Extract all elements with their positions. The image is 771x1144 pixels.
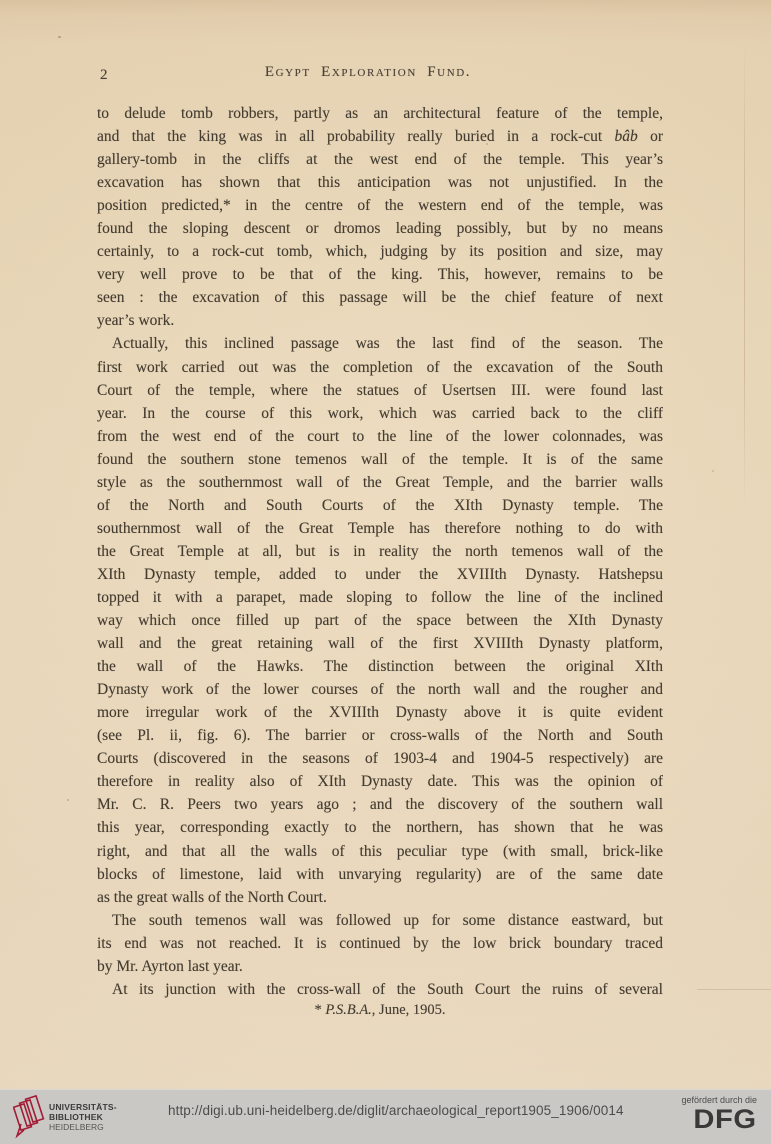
university-library-logo-icon [13,1094,47,1139]
text-segment: position predicted,* in the centre of th… [97,197,663,214]
text-line: more irregular work of the XVIIIth Dynas… [97,701,663,724]
text-line: to delude tomb robbers, partly as an arc… [97,102,663,125]
text-segment: Mr. C. R. Peers two years ago ; and the … [97,796,663,813]
text-segment: XIth Dynasty temple, added to under the … [97,566,663,583]
text-line: position predicted,* in the centre of th… [97,194,663,217]
library-name-line2: BIBLIOTHEK [49,1112,117,1122]
text-segment: the wall of the Hawks. The distinction b… [97,658,663,675]
text-line: gallery-tomb in the cliffs at the west e… [97,148,663,171]
paper-speck [712,470,714,472]
dfg-logo: DFG [675,1106,757,1133]
text-line: certainly, to a rock-cut tomb, which, ju… [97,240,663,263]
text-segment: first work carried out was the completio… [97,359,663,376]
paragraph: to delude tomb robbers, partly as an arc… [97,102,663,332]
text-line: therefore in reality also of XIth Dynast… [97,770,663,793]
library-name-line3: HEIDELBERG [49,1122,117,1132]
text-line: excavation has shown that this anticipat… [97,171,663,194]
text-segment: * [314,1002,325,1018]
text-segment: The south temenos wall was followed up f… [112,912,663,929]
text-block: to delude tomb robbers, partly as an arc… [97,102,663,1001]
text-segment: Dynasty work of the lower courses of the… [97,681,663,698]
text-line: Mr. C. R. Peers two years ago ; and the … [97,793,663,816]
text-line: this year, corresponding exactly to the … [97,816,663,839]
text-segment: or [638,128,663,145]
text-segment: as the great walls of the North Court. [97,889,327,906]
paragraph: At its junction with the cross-wall of t… [97,978,663,1001]
text-line: The south temenos wall was followed up f… [97,909,663,932]
text-line: blocks of limestone, laid with unvarying… [97,863,663,886]
running-header: Egypt Exploration Fund. [97,64,663,81]
text-line: very well prove to be that of the king. … [97,263,663,286]
text-segment: bâb [615,128,638,145]
text-segment: this year, corresponding exactly to the … [97,819,663,836]
text-line: year. In the course of this work, which … [97,402,663,425]
text-line: Courts (discovered in the seasons of 190… [97,747,663,770]
text-segment: year. In the course of this work, which … [97,405,663,422]
paper-speck [58,36,61,38]
footer-bar: UNIVERSITÄTS- BIBLIOTHEK HEIDELBERG http… [0,1089,771,1144]
text-segment: wall and the great retaining wall of the… [97,635,663,652]
text-segment: At its junction with the cross-wall of t… [112,981,663,998]
paper-speck [67,799,69,801]
paper-speck [486,143,488,145]
text-line: Dynasty work of the lower courses of the… [97,678,663,701]
text-line: year’s work. [97,309,663,332]
text-segment: and that the king was in all probability… [97,128,615,145]
text-line: style as the southernmost wall of the Gr… [97,471,663,494]
text-segment: Courts (discovered in the seasons of 190… [97,750,663,767]
text-segment: found the sloping descent or dromos lead… [97,220,663,237]
text-segment: southernmost wall of the Great Temple ha… [97,520,663,537]
text-segment: Court of the temple, where the statues o… [97,382,663,399]
text-line: (see Pl. ii, fig. 6). The barrier or cro… [97,724,663,747]
library-name: UNIVERSITÄTS- BIBLIOTHEK HEIDELBERG [49,1102,117,1132]
text-segment: (see Pl. ii, fig. 6). The barrier or cro… [97,727,663,744]
text-line: At its junction with the cross-wall of t… [97,978,663,1001]
paper-crease [744,40,745,510]
paragraph: The south temenos wall was followed up f… [97,909,663,978]
text-segment: its end was not reached. It is continued… [97,935,663,952]
text-segment: , June, 1905. [372,1002,446,1018]
text-line: and that the king was in all probability… [97,125,663,148]
text-segment: the Great Temple at all, but is in reali… [97,543,663,560]
text-segment: very well prove to be that of the king. … [97,266,663,283]
text-line: of the North and South Courts of the XIt… [97,494,663,517]
text-segment: found the southern stone temenos wall of… [97,451,663,468]
text-line: Court of the temple, where the statues o… [97,379,663,402]
text-segment: therefore in reality also of XIth Dynast… [97,773,663,790]
text-segment: Actually, this inclined passage was the … [112,335,663,352]
library-name-line1: UNIVERSITÄTS- [49,1102,117,1112]
text-line: seen : the excavation of this passage wi… [97,286,663,309]
text-segment: topped it with a parapet, made sloping t… [97,589,663,606]
text-line: Actually, this inclined passage was the … [97,332,663,355]
text-line: southernmost wall of the Great Temple ha… [97,517,663,540]
text-line: its end was not reached. It is continued… [97,932,663,955]
text-segment: more irregular work of the XVIIIth Dynas… [97,704,663,721]
text-line: way which once filled up part of the spa… [97,609,663,632]
text-segment: excavation has shown that this anticipat… [97,174,663,191]
text-line: found the sloping descent or dromos lead… [97,217,663,240]
text-line: first work carried out was the completio… [97,356,663,379]
text-line: topped it with a parapet, made sloping t… [97,586,663,609]
text-line: XIth Dynasty temple, added to under the … [97,563,663,586]
document-url: http://digi.ub.uni-heidelberg.de/diglit/… [168,1103,624,1118]
text-line: the wall of the Hawks. The distinction b… [97,655,663,678]
text-segment: by Mr. Ayrton last year. [97,958,243,975]
page-header: 2 Egypt Exploration Fund. [97,64,663,88]
text-segment: certainly, to a rock-cut tomb, which, ju… [97,243,663,260]
text-segment: right, and that all the walls of this pe… [97,843,663,860]
text-line: found the southern stone temenos wall of… [97,448,663,471]
paper-crease [697,989,771,990]
text-segment: style as the southernmost wall of the Gr… [97,474,663,491]
text-segment: seen : the excavation of this passage wi… [97,289,663,306]
text-line: from the west end of the court to the li… [97,425,663,448]
text-line: by Mr. Ayrton last year. [97,955,663,978]
text-line: the Great Temple at all, but is in reali… [97,540,663,563]
scanned-page: 2 Egypt Exploration Fund. to delude tomb… [0,0,771,1089]
text-segment: blocks of limestone, laid with unvarying… [97,866,663,883]
text-line: right, and that all the walls of this pe… [97,840,663,863]
footnote: * P.S.B.A., June, 1905. [97,1002,663,1019]
text-segment: way which once filled up part of the spa… [97,612,663,629]
text-segment: of the North and South Courts of the XIt… [97,497,663,514]
text-segment: from the west end of the court to the li… [97,428,663,445]
paragraph: Actually, this inclined passage was the … [97,332,663,908]
text-segment: year’s work. [97,312,174,329]
funding-block: gefördert durch die DFG [681,1095,757,1133]
text-segment: to delude tomb robbers, partly as an arc… [97,105,663,122]
text-segment: P.S.B.A. [325,1002,371,1018]
page-number: 2 [100,67,108,84]
text-line: as the great walls of the North Court. [97,886,663,909]
text-segment: gallery-tomb in the cliffs at the west e… [97,151,663,168]
text-line: wall and the great retaining wall of the… [97,632,663,655]
